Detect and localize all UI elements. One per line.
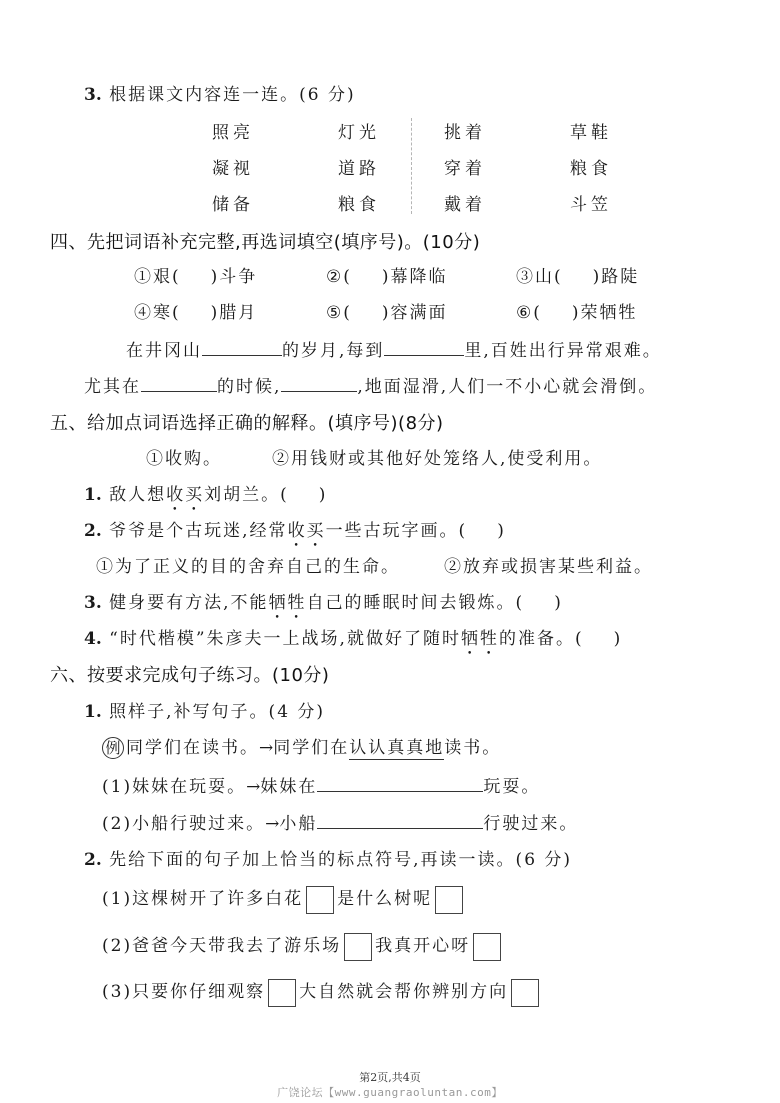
arrow-icon: →: [265, 814, 279, 834]
rewrite-2: (2)小船行驶过来。→小船行驶过来。: [102, 809, 578, 834]
match-right-a-1: 挑着: [444, 118, 486, 143]
match-left-b-3: 粮食: [338, 190, 380, 215]
match-left-a-1: 照亮: [212, 118, 254, 143]
punctuation-box[interactable]: [473, 933, 501, 961]
example-badge: 例: [102, 737, 124, 759]
fill-blank[interactable]: [384, 341, 464, 356]
fill-blank[interactable]: [141, 377, 217, 392]
question-number: 3.: [84, 85, 102, 105]
match-left-b-2: 道路: [338, 154, 380, 179]
punctuation-box[interactable]: [268, 979, 296, 1007]
section3-title: 3. 根据课文内容连一连。(6 分): [84, 80, 356, 105]
question-text: 根据课文内容连一连。(6 分): [109, 85, 355, 105]
punctuation-box[interactable]: [306, 886, 334, 914]
example-underlined: 认认真真地: [349, 738, 444, 760]
dotted-word: 收买: [288, 521, 326, 541]
punctuation-3: (3)只要你仔细观察大自然就会帮你辨别方向: [102, 977, 542, 1007]
rewrite-1: (1)妹妹在玩耍。→妹妹在玩耍。: [102, 772, 540, 797]
fill-blank[interactable]: [281, 377, 357, 392]
idiom-item-4: ④寒()腊月: [134, 298, 257, 323]
dotted-word: 牺牲: [269, 593, 307, 613]
rewrite-blank[interactable]: [317, 777, 483, 792]
sub-question-2: 2. 先给下面的句子加上恰当的标点符号,再读一读。(6 分): [84, 845, 572, 870]
idiom-item-1: ①艰()斗争: [134, 262, 257, 287]
section4-heading: 四、先把词语补充完整,再选词填空(填序号)。(10分): [50, 228, 480, 254]
match-left-a-3: 储备: [212, 190, 254, 215]
question-1: 1. 敌人想收买刘胡兰。(): [84, 480, 327, 515]
column-divider: [411, 118, 412, 214]
idiom-item-2: ②()幕降临: [326, 262, 448, 287]
idiom-item-5: ⑤()容满面: [326, 298, 448, 323]
punctuation-box[interactable]: [511, 979, 539, 1007]
question-3: 3. 健身要有方法,不能牺牲自己的睡眠时间去锻炼。(): [84, 588, 563, 623]
punctuation-1: (1)这棵树开了许多白花是什么树呢: [102, 884, 466, 914]
fill-sentence-2: 尤其在的时候,,地面湿滑,人们一不小心就会滑倒。: [84, 372, 657, 397]
fill-blank[interactable]: [202, 341, 282, 356]
section6-heading: 六、按要求完成句子练习。(10分): [50, 661, 329, 687]
sub-question-1: 1. 照样子,补写句子。(4 分): [84, 697, 325, 722]
watermark: 广饶论坛【www.guangraoluntan.com】: [0, 1084, 780, 1100]
arrow-icon: →: [259, 738, 273, 758]
rewrite-blank[interactable]: [317, 814, 483, 829]
match-right-b-1: 草鞋: [570, 118, 612, 143]
match-right-a-3: 戴着: [444, 190, 486, 215]
dotted-word: 收买: [166, 485, 204, 505]
match-left-a-2: 凝视: [212, 154, 254, 179]
dotted-word: 牺牲: [461, 629, 499, 649]
match-right-b-3: 斗笠: [570, 190, 612, 215]
match-left-b-1: 灯光: [338, 118, 380, 143]
match-right-a-2: 穿着: [444, 154, 486, 179]
question-2: 2. 爷爷是个古玩迷,经常收买一些古玩字画。(): [84, 516, 506, 551]
page-number: 第2页,共4页: [0, 1069, 780, 1085]
definition-options-2: ①为了正义的目的舍弃自己的生命。②放弃或损害某些利益。: [96, 552, 653, 577]
match-right-b-2: 粮食: [570, 154, 612, 179]
punctuation-box[interactable]: [344, 933, 372, 961]
idiom-item-6: ⑥()荣牺牲: [516, 298, 638, 323]
fill-sentence-1: 在井冈山的岁月,每到里,百姓出行异常艰难。: [126, 336, 662, 361]
definition-options-1: ①收购。②用钱财或其他好处笼络人,使受利用。: [146, 444, 602, 469]
punctuation-box[interactable]: [435, 886, 463, 914]
idiom-item-3: ③山()路陡: [516, 262, 639, 287]
punctuation-2: (2)爸爸今天带我去了游乐场我真开心呀: [102, 931, 504, 961]
example-sentence: 例同学们在读书。→同学们在认认真真地读书。: [102, 733, 501, 759]
section5-heading: 五、给加点词语选择正确的解释。(填序号)(8分): [50, 409, 444, 435]
question-4: 4. “时代楷模”朱彦夫一上战场,就做好了随时牺牲的准备。(): [84, 624, 622, 659]
arrow-icon: →: [246, 777, 260, 797]
